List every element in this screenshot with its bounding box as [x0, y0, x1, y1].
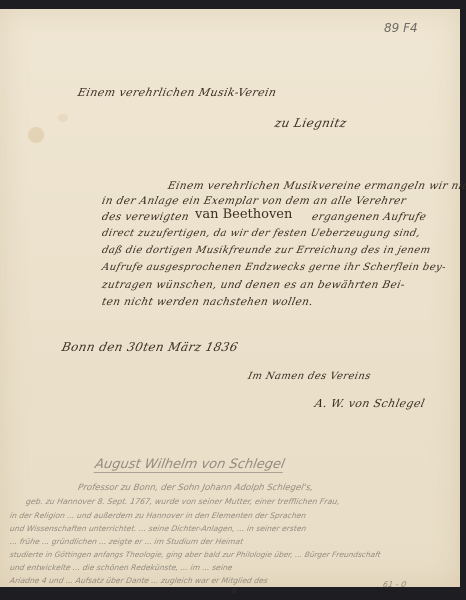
paper-stain: [28, 127, 44, 143]
body-line: Einem verehrlichen Musikvereine ermangel…: [167, 180, 466, 192]
pencil-line: studierte in Göttingen anfangs Theologie…: [9, 550, 381, 559]
letter-page: 89 F4 Einem verehrlichen Musik-Verein zu…: [0, 9, 460, 587]
body-line: zutragen wünschen, und denen es an bewäh…: [101, 279, 406, 291]
page-mark: II: [231, 587, 237, 595]
body-line: ergangenen Aufrufe: [311, 211, 428, 223]
paper-stain: [58, 114, 68, 122]
body-line: daß die dortigen Musikfreunde zur Erreic…: [101, 245, 432, 256]
pencil-heading: August Wilhelm von Schlegel: [94, 457, 286, 473]
pencil-line: geb. zu Hannover 8. Sept. 1767, wurde vo…: [25, 497, 340, 506]
closing-line: Im Namen des Vereins: [247, 371, 372, 382]
address-line-1: Einem verehrlichen Musik-Verein: [77, 86, 278, 99]
beethoven-name: van Beethoven: [195, 207, 292, 222]
pencil-line: und entwickelte ... die schönen Redeküns…: [9, 563, 233, 572]
pencil-line: Ariadne 4 und ... Aufsatz über Dante ...…: [9, 576, 268, 585]
signature: A. W. von Schlegel: [314, 397, 427, 410]
pencil-line: Professor zu Bonn, der Sohn Johann Adolp…: [77, 483, 314, 493]
body-line: Aufrufe ausgesprochenen Endzwecks gerne …: [101, 262, 447, 273]
pencil-line: ... frühe ... gründlichen ... zeigte er …: [9, 537, 244, 546]
address-line-2: zu Liegnitz: [274, 116, 349, 130]
pencil-line: in der Religion ... und außerdem zu Hann…: [9, 511, 307, 520]
body-line: ten nicht werden nachstehen wollen.: [101, 296, 315, 308]
date-line: Bonn den 30ten März 1836: [61, 340, 240, 354]
reference-number: 61 - 0: [382, 580, 407, 589]
pencil-line: und Wissenschaften unterrichtet. ... sei…: [9, 524, 307, 533]
body-line: des verewigten: [101, 211, 190, 223]
body-line: direct zuzufertigen, da wir der festen U…: [101, 228, 422, 239]
archival-number: 89 F4: [384, 21, 418, 35]
body-line: in der Anlage ein Exemplar von dem an al…: [101, 195, 408, 207]
